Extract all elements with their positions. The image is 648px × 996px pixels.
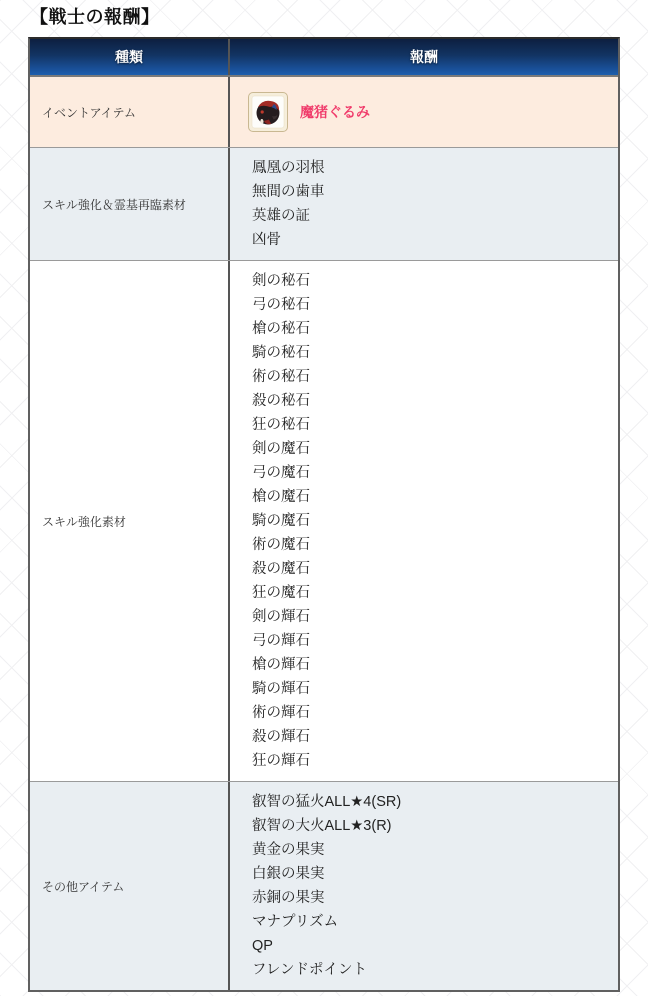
reward-list: 鳳凰の羽根 無間の歯車 英雄の証 凶骨 <box>230 148 618 260</box>
table-row-skill-materials: スキル強化素材 剣の秘石 弓の秘石 槍の秘石 騎の秘石 術の秘石 殺の秘石 狂の… <box>30 261 618 782</box>
row-type-label: イベントアイテム <box>30 77 230 147</box>
reward-item: 術の輝石 <box>252 701 604 725</box>
reward-item: 弓の輝石 <box>252 629 604 653</box>
row-type-label: スキル強化素材 <box>30 261 230 781</box>
reward-item: 殺の輝石 <box>252 725 604 749</box>
reward-list: 剣の秘石 弓の秘石 槍の秘石 騎の秘石 術の秘石 殺の秘石 狂の秘石 剣の魔石 … <box>230 261 618 781</box>
reward-item: フレンドポイント <box>252 958 604 982</box>
row-reward-cell: 剣の秘石 弓の秘石 槍の秘石 騎の秘石 術の秘石 殺の秘石 狂の秘石 剣の魔石 … <box>230 261 618 781</box>
header-type: 種類 <box>30 39 230 75</box>
event-item-label[interactable]: 魔猪ぐるみ <box>300 102 370 122</box>
reward-item: 叡智の大火ALL★3(R) <box>252 814 604 838</box>
reward-item: QP <box>252 934 604 958</box>
reward-item: 無間の歯車 <box>252 180 604 204</box>
page-title: 【戦士の報酬】 <box>30 6 648 28</box>
row-type-label: その他アイテム <box>30 782 230 990</box>
reward-item: 術の秘石 <box>252 365 604 389</box>
row-reward-cell: 叡智の猛火ALL★4(SR) 叡智の大火ALL★3(R) 黄金の果実 白銀の果実… <box>230 782 618 990</box>
reward-item: 白銀の果実 <box>252 862 604 886</box>
table-header-row: 種類 報酬 <box>30 39 618 77</box>
wiki-page: 【戦士の報酬】 種類 報酬 イベントアイテム <box>0 0 648 996</box>
table-row-other-items: その他アイテム 叡智の猛火ALL★4(SR) 叡智の大火ALL★3(R) 黄金の… <box>30 782 618 990</box>
boar-plush-icon[interactable] <box>248 92 288 132</box>
reward-item: 狂の輝石 <box>252 749 604 773</box>
reward-item: 騎の魔石 <box>252 509 604 533</box>
reward-item: 赤銅の果実 <box>252 886 604 910</box>
reward-item: 狂の秘石 <box>252 413 604 437</box>
reward-item: 鳳凰の羽根 <box>252 156 604 180</box>
reward-item: 殺の秘石 <box>252 389 604 413</box>
reward-item: 黄金の果実 <box>252 838 604 862</box>
reward-item: 剣の秘石 <box>252 269 604 293</box>
reward-item: 騎の輝石 <box>252 677 604 701</box>
reward-item: 槍の魔石 <box>252 485 604 509</box>
event-item-link[interactable]: 魔猪ぐるみ <box>248 92 370 132</box>
table-row-event-item: イベントアイテム <box>30 77 618 148</box>
table-row-ascension-materials: スキル強化＆霊基再臨素材 鳳凰の羽根 無間の歯車 英雄の証 凶骨 <box>30 148 618 261</box>
row-type-label: スキル強化＆霊基再臨素材 <box>30 148 230 260</box>
reward-list: 叡智の猛火ALL★4(SR) 叡智の大火ALL★3(R) 黄金の果実 白銀の果実… <box>230 782 618 990</box>
reward-item: 騎の秘石 <box>252 341 604 365</box>
reward-item: 殺の魔石 <box>252 557 604 581</box>
reward-item: 剣の魔石 <box>252 437 604 461</box>
reward-item: 狂の魔石 <box>252 581 604 605</box>
reward-item: 術の魔石 <box>252 533 604 557</box>
row-reward-cell: 魔猪ぐるみ <box>230 77 618 147</box>
reward-item: マナプリズム <box>252 910 604 934</box>
reward-item: 弓の魔石 <box>252 461 604 485</box>
row-reward-cell: 鳳凰の羽根 無間の歯車 英雄の証 凶骨 <box>230 148 618 260</box>
header-reward: 報酬 <box>230 39 618 75</box>
reward-item: 槍の輝石 <box>252 653 604 677</box>
reward-item: 叡智の猛火ALL★4(SR) <box>252 790 604 814</box>
reward-item: 槍の秘石 <box>252 317 604 341</box>
reward-item: 英雄の証 <box>252 204 604 228</box>
reward-item: 弓の秘石 <box>252 293 604 317</box>
rewards-table: 種類 報酬 イベントアイテム <box>28 37 620 992</box>
reward-item: 凶骨 <box>252 228 604 252</box>
reward-item: 剣の輝石 <box>252 605 604 629</box>
